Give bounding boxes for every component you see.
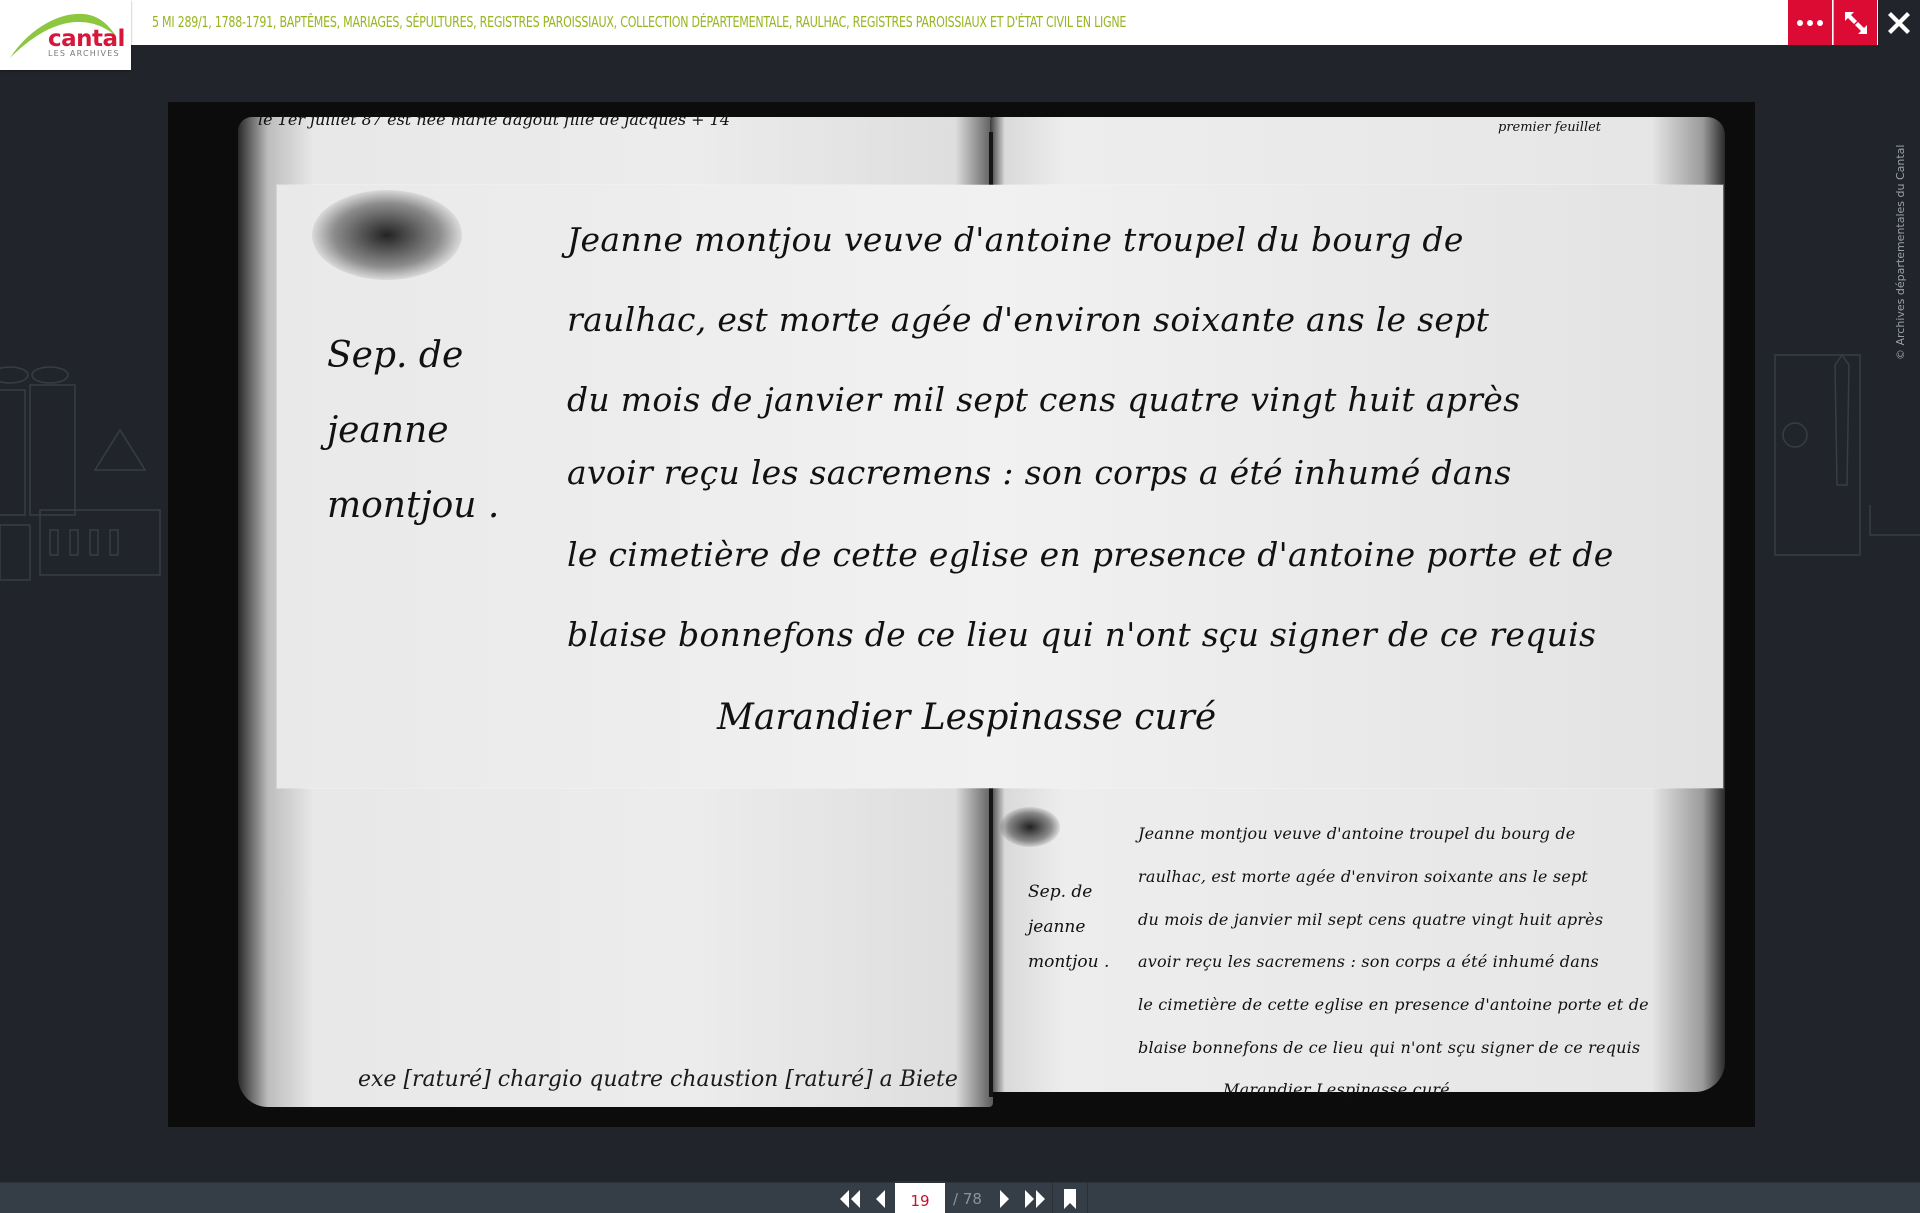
bookmark-button[interactable] xyxy=(1055,1183,1085,1213)
ink-smudge xyxy=(1000,807,1060,847)
cantal-archives-logo[interactable]: cantal LES ARCHIVES xyxy=(0,0,131,70)
ink-smudge xyxy=(312,190,462,280)
magnified-text-line: blaise bonnefons de ce lieu qui n'ont sç… xyxy=(567,615,1596,654)
chevron-left-icon xyxy=(874,1190,886,1208)
chevron-right-icon xyxy=(999,1190,1011,1208)
document-title: 5 MI 289/1, 1788-1791, BAPTÊMES, MARIAGE… xyxy=(152,12,1126,32)
right-text-line: blaise bonnefons de ce lieu qui n'ont sç… xyxy=(1138,1038,1640,1057)
first-page-button[interactable] xyxy=(835,1183,865,1213)
next-page-button[interactable] xyxy=(990,1183,1020,1213)
logo-brand: cantal xyxy=(48,28,125,51)
magnifier-loupe[interactable]: Sep. de jeanne montjou . Jeanne montjou … xyxy=(277,185,1723,788)
right-margin-line: montjou . xyxy=(1028,952,1109,972)
right-text-line: Jeanne montjou veuve d'antoine troupel d… xyxy=(1138,824,1575,843)
logo-subtitle: LES ARCHIVES xyxy=(48,50,120,58)
pagination-toolbar: / 78 xyxy=(0,1182,1920,1213)
magnified-text-line: le cimetière de cette eglise en presence… xyxy=(567,535,1614,574)
right-text-line: le cimetière de cette eglise en presence… xyxy=(1138,995,1649,1014)
right-text-line: du mois de janvier mil sept cens quatre … xyxy=(1138,910,1603,929)
magnified-text-line: du mois de janvier mil sept cens quatre … xyxy=(567,380,1520,419)
fullscreen-button[interactable] xyxy=(1833,0,1877,45)
last-page-button[interactable] xyxy=(1020,1183,1050,1213)
magnified-margin-line: montjou . xyxy=(327,485,499,526)
close-x-icon xyxy=(1887,11,1911,35)
right-page-top-corner: premier feuillet xyxy=(1498,120,1601,135)
background-illustration-left xyxy=(0,335,170,605)
left-page-bottom-line: exe [raturé] chargio quatre chaustion [r… xyxy=(358,1067,958,1092)
left-page-top-line: le 1er juillet 87 est née marie dagout f… xyxy=(258,110,730,129)
background-illustration-right xyxy=(1760,335,1920,585)
magnified-margin-line: Sep. de xyxy=(327,335,463,376)
magnified-text-line: raulhac, est morte agée d'environ soixan… xyxy=(567,300,1489,339)
total-pages-label: / 78 xyxy=(945,1190,990,1208)
toolbar-divider xyxy=(1052,1183,1053,1213)
previous-page-button[interactable] xyxy=(865,1183,895,1213)
right-margin-line: jeanne xyxy=(1028,917,1085,937)
double-chevron-left-icon xyxy=(839,1190,861,1208)
right-text-line: raulhac, est morte agée d'environ soixan… xyxy=(1138,867,1588,886)
image-viewer[interactable]: © Archives départementales du Cantal le … xyxy=(0,45,1920,1182)
page-number-input[interactable] xyxy=(895,1181,945,1213)
magnified-text-line: Jeanne montjou veuve d'antoine troupel d… xyxy=(567,220,1464,259)
scanned-register-image[interactable]: le 1er juillet 87 est née marie dagout f… xyxy=(168,102,1755,1127)
double-chevron-right-icon xyxy=(1024,1190,1046,1208)
top-header: cantal LES ARCHIVES 5 MI 289/1, 1788-179… xyxy=(0,0,1920,45)
bookmark-icon xyxy=(1064,1189,1076,1209)
more-options-button[interactable] xyxy=(1788,0,1832,45)
magnified-signature-line: Marandier Lespinasse curé xyxy=(717,697,1216,738)
copyright-notice: © Archives départementales du Cantal xyxy=(1894,145,1907,360)
magnified-margin-line: jeanne xyxy=(327,410,449,451)
close-button[interactable] xyxy=(1878,0,1920,45)
right-signature-line: Marandier Lespinasse curé xyxy=(1223,1080,1450,1099)
ellipsis-icon xyxy=(1797,20,1823,26)
right-text-line: avoir reçu les sacremens : son corps a é… xyxy=(1138,952,1599,971)
right-margin-line: Sep. de xyxy=(1028,882,1092,902)
toolbar-divider xyxy=(1087,1183,1088,1213)
expand-arrows-icon xyxy=(1843,10,1869,36)
magnified-text-line: avoir reçu les sacremens : son corps a é… xyxy=(567,453,1512,492)
